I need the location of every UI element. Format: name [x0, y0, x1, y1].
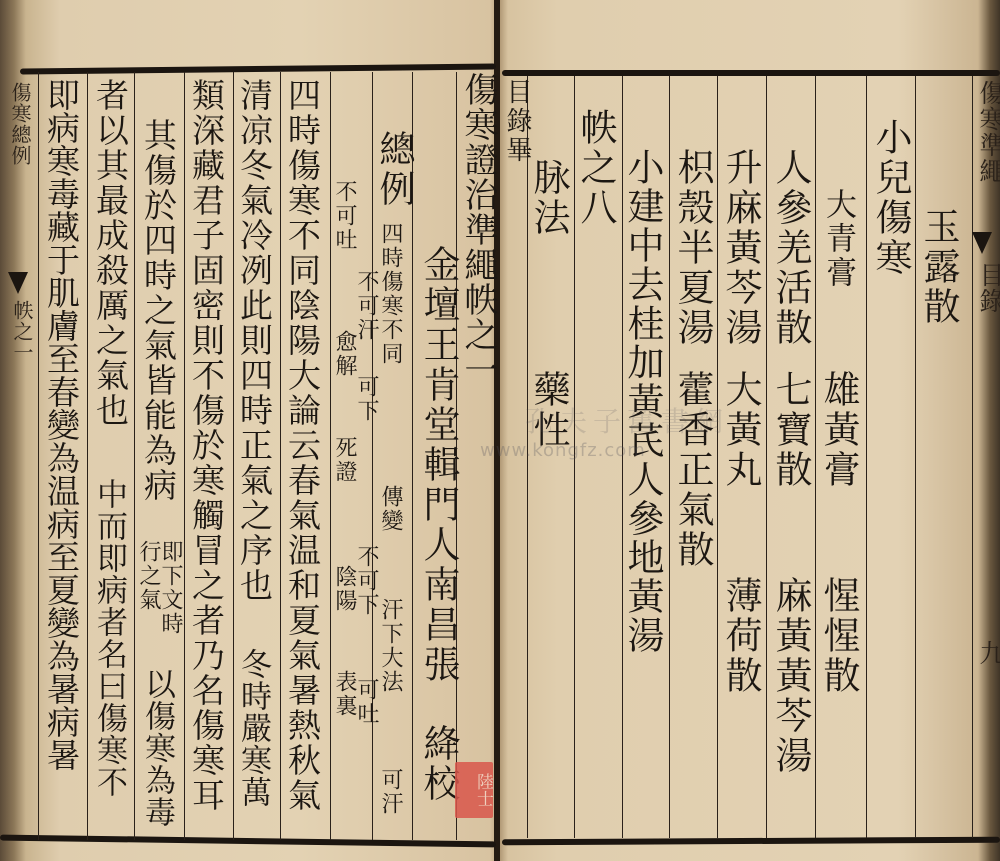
column-rule — [38, 72, 39, 840]
volume-title: 傷寒證治準繩帙之一 — [458, 72, 498, 387]
annotation: 即下文時 — [158, 540, 182, 636]
toc-entry: 大青膏 — [818, 188, 858, 290]
subtopic: 不可吐 — [332, 180, 356, 252]
subtopic: 不可汗 — [354, 270, 378, 342]
body-text-column: 類深藏君子固密則不傷於寒觸冒之者乃名傷寒耳 — [188, 78, 224, 813]
compiler-credit: 金壇王肯堂輯 — [418, 245, 458, 485]
subtopic: 表裏 — [332, 670, 356, 718]
body-text-column: 以傷寒為毒 — [140, 668, 174, 828]
toc-entry: 升麻黃芩湯 — [720, 148, 760, 348]
subtopic: 陰陽 — [332, 565, 356, 613]
right-margin-title: 傷寒準繩 — [972, 80, 1000, 184]
body-text-column: 四時傷寒不同陰陽大論云春氣温和夏氣暑熱秋氣 — [284, 78, 320, 813]
subtopic: 四時傷寒不同 — [378, 222, 402, 366]
body-text-column: 冬時嚴寒萬 — [236, 648, 270, 808]
fish-tail-ornament — [972, 232, 992, 254]
toc-entry: 七寶散 — [770, 370, 810, 490]
subtopic: 傳變 — [378, 485, 402, 533]
column-rule — [280, 72, 281, 840]
toc-entry: 薄荷散 — [720, 576, 760, 696]
body-text-column: 清凉冬氣冷冽此則四時正氣之序也 — [236, 78, 272, 603]
body-text-column: 者以其最成殺厲之氣也 — [92, 78, 128, 428]
toc-entry: 枳殼半夏湯 — [672, 148, 712, 348]
subtopic: 不可下 — [354, 545, 378, 617]
section-heading: 總例 — [374, 130, 414, 210]
left-margin-section: 帙之一 — [8, 300, 37, 363]
toc-entry: 雄黃膏 — [818, 370, 858, 490]
column-rule — [915, 76, 916, 838]
column-rule — [866, 76, 867, 838]
editor-credit-name: 絳校 — [418, 724, 458, 804]
column-rule — [87, 72, 88, 840]
column-rule — [669, 76, 670, 838]
column-rule — [717, 76, 718, 838]
body-text-column: 其傷於四時之氣皆能為病 — [140, 118, 176, 503]
watermark-cn: 孔夫子舊書網 — [525, 400, 729, 440]
toc-entry: 脉法 — [528, 158, 568, 238]
subtopic: 可吐 — [354, 678, 378, 726]
toc-entry: 人參羌活散 — [770, 148, 810, 348]
watermark-url: www.kongfz.com — [480, 440, 646, 461]
collector-seal: 陸士 — [455, 762, 493, 818]
right-margin-section: 目錄 — [972, 262, 1000, 314]
body-text-column: 中而即病者名曰傷寒不 — [92, 478, 126, 798]
toc-volume-heading: 帙之八 — [575, 108, 615, 228]
column-rule — [972, 76, 973, 838]
annotation: 行之氣 — [136, 540, 160, 612]
right-page-top-border — [502, 70, 1000, 76]
toc-entry: 玉露散 — [918, 207, 958, 327]
column-rule — [134, 72, 135, 840]
subtopic: 死證 — [332, 436, 356, 484]
subtopic: 可下 — [354, 375, 378, 423]
left-margin-title: 傷寒總例 — [6, 82, 35, 166]
subtopic: 可汗 — [378, 768, 402, 816]
right-margin-folio: 九 — [972, 640, 1000, 666]
body-text-column: 即病寒毒藏于肌膚至春變為温病至夏變為暑病暑 — [44, 78, 78, 771]
toc-entry: 惺惺散 — [818, 576, 858, 696]
column-rule — [766, 76, 767, 838]
column-rule — [815, 76, 816, 838]
toc-section-heading: 小兒傷寒 — [870, 118, 910, 278]
subtopic: 愈解 — [332, 330, 356, 378]
subtopic: 汗下大法 — [378, 598, 402, 694]
fish-tail-ornament — [8, 272, 28, 294]
toc-entry: 麻黃黃芩湯 — [770, 576, 810, 776]
toc-end-marker: 目錄畢 — [503, 78, 531, 165]
editor-credit: 門人南昌張 — [418, 485, 458, 685]
column-rule — [330, 72, 331, 840]
column-rule — [184, 72, 185, 840]
column-rule — [233, 72, 234, 840]
